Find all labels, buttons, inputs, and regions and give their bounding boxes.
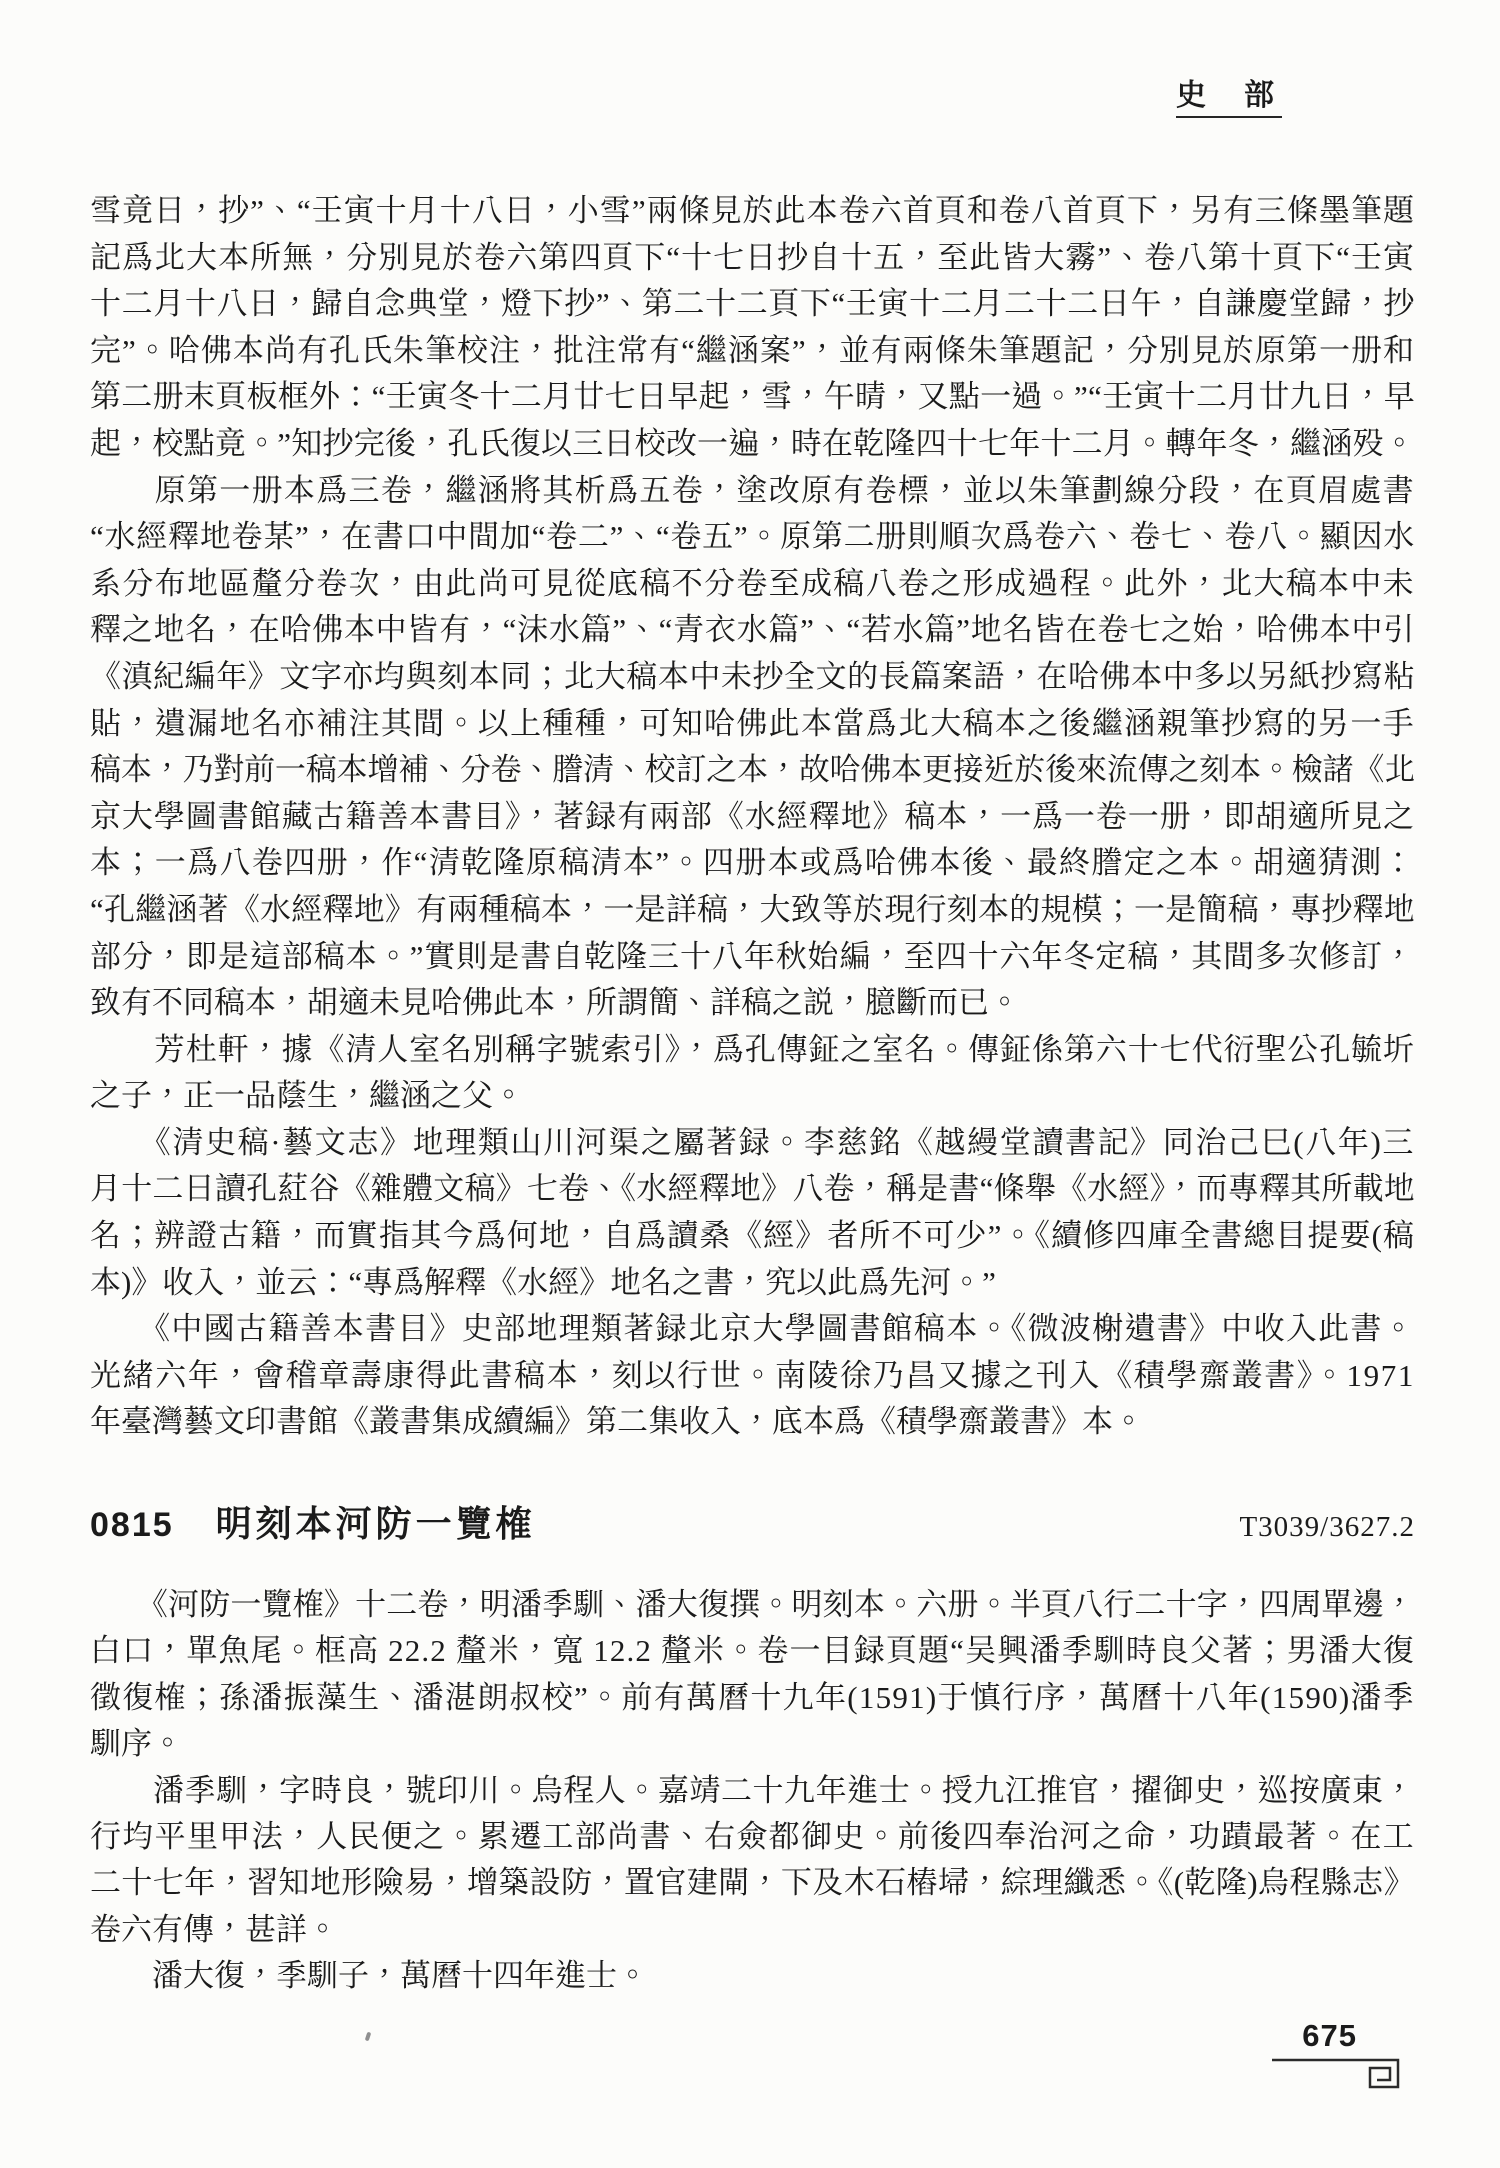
text-line-content: 《河防一覽榷》十二卷，明潘季馴、潘大復撰。明刻本。六册。半頁八行二十字，四周單邊…: [90, 1587, 1415, 1622]
text-line: 芳杜軒，據《清人室名別稱字號索引》，爲孔傳鉦之室名。傳鉦係第六十七代衍聖公孔毓圻: [90, 1027, 1415, 1074]
text-line: 記爲北大本所無，分別見於卷六第四頁下“十七日抄自十五，至此皆大霧”、卷八第十頁下…: [90, 235, 1415, 282]
text-line: 行均平里甲法，人民便之。累遷工部尚書、右僉都御史。前後四奉治河之命，功蹟最著。在…: [90, 1814, 1415, 1860]
text-line: 起，校點竟。”知抄完後，孔氏復以三日校改一遍，時在乾隆四十七年十二月。轉年冬，繼…: [90, 421, 1415, 468]
text-line-content: 本)》收入，並云：“專爲解釋《水經》地名之書，究以此爲先河。”: [90, 1265, 996, 1300]
text-line: 《清史稿·藝文志》地理類山川河渠之屬著録。李慈銘《越縵堂讀書記》同治己巳(八年)…: [90, 1120, 1415, 1167]
text-line: 本)》收入，並云：“專爲解釋《水經》地名之書，究以此爲先河。”: [90, 1260, 1415, 1307]
text-line-content: 白口，單魚尾。框高 22.2 釐米，寬 12.2 釐米。卷一目録頁題“吴興潘季馴…: [90, 1633, 1415, 1668]
text-line-content: 潘大復，季馴子，萬曆十四年進士。: [90, 1958, 648, 1993]
text-line: 系分布地區釐分卷次，由此尚可見從底稿不分卷至成稿八卷之形成過程。此外，北大稿本中…: [90, 561, 1415, 608]
text-line-content: 十二月十八日，歸自念典堂，燈下抄”、第二十二頁下“壬寅十二月二十二日午，自謙慶堂…: [90, 286, 1415, 321]
text-line: 十二月十八日，歸自念典堂，燈下抄”、第二十二頁下“壬寅十二月二十二日午，自謙慶堂…: [90, 281, 1415, 328]
text-line-content: “水經釋地卷某”，在書口中間加“卷二”、“卷五”。原第二册則順次爲卷六、卷七、卷…: [90, 519, 1415, 554]
text-line-content: 部分，即是這部稿本。”實則是書自乾隆三十八年秋始編，至四十六年冬定稿，其間多次修…: [90, 939, 1415, 974]
text-line-content: 第二册末頁板框外：“壬寅冬十二月廿七日早起，雪，午晴，又點一過。”“壬寅十二月廿…: [90, 379, 1415, 414]
scan-speck: [365, 2032, 372, 2042]
text-line: 潘大復，季馴子，萬曆十四年進士。: [90, 1953, 1415, 1999]
section-header-label: 史部: [1176, 80, 1312, 112]
text-line-content: 徵復榷；孫潘振藻生、潘湛朗叔校”。前有萬曆十九年(1591)于慎行序，萬曆十八年…: [90, 1680, 1415, 1715]
text-line: 《滇紀編年》文字亦均與刻本同；北大稿本中未抄全文的長篇案語，在哈佛本中多以另紙抄…: [90, 654, 1415, 701]
text-line: 雪竟日，抄”、“壬寅十月十八日，小雪”兩條見於此本卷六首頁和卷八首頁下，另有三條…: [90, 188, 1415, 235]
text-line: 本；一爲八卷四册，作“清乾隆原稿清本”。四册本或爲哈佛本後、最終謄定之本。胡適猜…: [90, 840, 1415, 887]
entry-description-text: 《河防一覽榷》十二卷，明潘季馴、潘大復撰。明刻本。六册。半頁八行二十字，四周單邊…: [90, 1582, 1415, 2000]
entry-number: 0815: [90, 1506, 174, 1545]
text-line-content: 年臺灣藝文印書館《叢書集成續編》第二集收入，底本爲《積學齋叢書》本。: [90, 1404, 1144, 1439]
text-line: 馴序。: [90, 1721, 1415, 1767]
text-line-content: 之子，正一品蔭生，繼涵之父。: [90, 1078, 524, 1113]
text-line: 年臺灣藝文印書館《叢書集成續編》第二集收入，底本爲《積學齋叢書》本。: [90, 1399, 1415, 1446]
text-line-content: 釋之地名，在哈佛本中皆有，“沫水篇”、“青衣水篇”、“若水篇”地名皆在卷七之始，…: [90, 612, 1415, 647]
text-line: 完”。哈佛本尚有孔氏朱筆校注，批注常有“繼涵案”，並有兩條朱筆題記，分別見於原第…: [90, 328, 1415, 375]
text-line: 二十七年，習知地形險易，增築設防，置官建閘，下及木石樁埽，綜理纖悉。《(乾隆)烏…: [90, 1860, 1415, 1906]
text-line-content: 起，校點竟。”知抄完後，孔氏復以三日校改一遍，時在乾隆四十七年十二月。轉年冬，繼…: [90, 426, 1415, 461]
text-line: 第二册末頁板框外：“壬寅冬十二月廿七日早起，雪，午晴，又點一過。”“壬寅十二月廿…: [90, 374, 1415, 421]
text-line: 《中國古籍善本書目》史部地理類著録北京大學圖書館稿本。《微波榭遺書》中收入此書。: [90, 1306, 1415, 1353]
section-header: 史部: [1176, 80, 1282, 118]
text-line-content: 《滇紀編年》文字亦均與刻本同；北大稿本中未抄全文的長篇案語，在哈佛本中多以另紙抄…: [90, 659, 1415, 694]
text-line: 白口，單魚尾。框高 22.2 釐米，寬 12.2 釐米。卷一目録頁題“吴興潘季馴…: [90, 1628, 1415, 1674]
text-line-content: 光緒六年，會稽章壽康得此書稿本，刻以行世。南陵徐乃昌又據之刊入《積學齋叢書》。1…: [90, 1358, 1415, 1393]
text-line: 釋之地名，在哈佛本中皆有，“沫水篇”、“青衣水篇”、“若水篇”地名皆在卷七之始，…: [90, 607, 1415, 654]
text-line: 致有不同稿本，胡適未見哈佛此本，所謂簡、詳稿之説，臆斷而已。: [90, 980, 1415, 1027]
text-line-content: 二十七年，習知地形險易，增築設防，置官建閘，下及木石樁埽，綜理纖悉。《(乾隆)烏…: [90, 1865, 1415, 1900]
text-line: 稿本，乃對前一稿本增補、分卷、謄清、校訂之本，故哈佛本更接近於後來流傳之刻本。檢…: [90, 747, 1415, 794]
text-line-content: 馴序。: [90, 1726, 183, 1761]
text-line-content: 系分布地區釐分卷次，由此尚可見從底稿不分卷至成稿八卷之形成過程。此外，北大稿本中…: [90, 566, 1415, 601]
text-line: 卷六有傳，甚詳。: [90, 1907, 1415, 1953]
text-line-content: 《清史稿·藝文志》地理類山川河渠之屬著録。李慈銘《越縵堂讀書記》同治己巳(八年)…: [90, 1125, 1415, 1160]
text-line-content: 行均平里甲法，人民便之。累遷工部尚書、右僉都御史。前後四奉治河之命，功蹟最著。在…: [90, 1819, 1415, 1854]
text-line: 貼，遺漏地名亦補注其間。以上種種，可知哈佛此本當爲北大稿本之後繼涵親筆抄寫的另一…: [90, 701, 1415, 748]
text-line: 徵復榷；孫潘振藻生、潘湛朗叔校”。前有萬曆十九年(1591)于慎行序，萬曆十八年…: [90, 1675, 1415, 1721]
text-line-content: “孔繼涵著《水經釋地》有兩種稿本，一是詳稿，大致等於現行刻本的規模；一是簡稿，專…: [90, 892, 1415, 927]
text-line-content: 稿本，乃對前一稿本增補、分卷、謄清、校訂之本，故哈佛本更接近於後來流傳之刻本。檢…: [90, 752, 1415, 787]
text-line: 光緒六年，會稽章壽康得此書稿本，刻以行世。南陵徐乃昌又據之刊入《積學齋叢書》。1…: [90, 1353, 1415, 1400]
text-line-content: 本；一爲八卷四册，作“清乾隆原稿清本”。四册本或爲哈佛本後、最終謄定之本。胡適猜…: [90, 845, 1415, 880]
entry-title: 明刻本河防一覽榷: [216, 1496, 536, 1547]
text-line-content: 原第一册本爲三卷，繼涵將其析爲五卷，塗改原有卷標，並以朱筆劃線分段，在頁眉處書: [90, 473, 1415, 508]
text-line-content: 記爲北大本所無，分別見於卷六第四頁下“十七日抄自十五，至此皆大霧”、卷八第十頁下…: [90, 240, 1415, 275]
text-line: 名；辨證古籍，而實指其今爲何地，自爲讀桑《經》者所不可少”。《續修四庫全書總目提…: [90, 1213, 1415, 1260]
page-number: 675: [1302, 2018, 1357, 2054]
text-line: 部分，即是這部稿本。”實則是書自乾隆三十八年秋始編，至四十六年冬定稿，其間多次修…: [90, 934, 1415, 981]
text-line: “水經釋地卷某”，在書口中間加“卷二”、“卷五”。原第二册則順次爲卷六、卷七、卷…: [90, 514, 1415, 561]
catalog-page: 史部 雪竟日，抄”、“壬寅十月十八日，小雪”兩條見於此本卷六首頁和卷八首頁下，另…: [0, 0, 1500, 2168]
text-line-content: 《中國古籍善本書目》史部地理類著録北京大學圖書館稿本。《微波榭遺書》中收入此書。: [90, 1311, 1415, 1346]
text-line: 京大學圖書館藏古籍善本書目》，著録有兩部《水經釋地》稿本，一爲一卷一册，即胡適所…: [90, 794, 1415, 841]
front-matter-text: 雪竟日，抄”、“壬寅十月十八日，小雪”兩條見於此本卷六首頁和卷八首頁下，另有三條…: [90, 188, 1415, 1446]
text-line-content: 潘季馴，字時良，號印川。烏程人。嘉靖二十九年進士。授九江推官，擢御史，巡按廣東，: [90, 1773, 1415, 1808]
text-line-content: 京大學圖書館藏古籍善本書目》，著録有兩部《水經釋地》稿本，一爲一卷一册，即胡適所…: [90, 799, 1415, 834]
text-line-content: 名；辨證古籍，而實指其今爲何地，自爲讀桑《經》者所不可少”。《續修四庫全書總目提…: [90, 1218, 1415, 1253]
text-line-content: 完”。哈佛本尚有孔氏朱筆校注，批注常有“繼涵案”，並有兩條朱筆題記，分別見於原第…: [90, 333, 1415, 368]
text-line-content: 雪竟日，抄”、“壬寅十月十八日，小雪”兩條見於此本卷六首頁和卷八首頁下，另有三條…: [90, 193, 1415, 228]
text-line: 《河防一覽榷》十二卷，明潘季馴、潘大復撰。明刻本。六册。半頁八行二十字，四周單邊…: [90, 1582, 1415, 1628]
end-rule-spiral-icon: [1271, 2054, 1403, 2092]
text-line: “孔繼涵著《水經釋地》有兩種稿本，一是詳稿，大致等於現行刻本的規模；一是簡稿，專…: [90, 887, 1415, 934]
text-line: 潘季馴，字時良，號印川。烏程人。嘉靖二十九年進士。授九江推官，擢御史，巡按廣東，: [90, 1768, 1415, 1814]
text-line: 原第一册本爲三卷，繼涵將其析爲五卷，塗改原有卷標，並以朱筆劃線分段，在頁眉處書: [90, 468, 1415, 515]
entry-heading: 0815 明刻本河防一覽榷 T3039/3627.2: [90, 1496, 1415, 1547]
text-line: 之子，正一品蔭生，繼涵之父。: [90, 1073, 1415, 1120]
text-line-content: 致有不同稿本，胡適未見哈佛此本，所謂簡、詳稿之説，臆斷而已。: [90, 985, 1020, 1020]
entry-call-number: T3039/3627.2: [1239, 1511, 1415, 1544]
text-line-content: 卷六有傳，甚詳。: [90, 1912, 338, 1947]
text-line-content: 芳杜軒，據《清人室名別稱字號索引》，爲孔傳鉦之室名。傳鉦係第六十七代衍聖公孔毓圻: [90, 1032, 1415, 1067]
text-line: 月十二日讀孔葒谷《雜體文稿》七卷、《水經釋地》八卷，稱是書“條舉《水經》，而專釋…: [90, 1166, 1415, 1213]
text-line-content: 月十二日讀孔葒谷《雜體文稿》七卷、《水經釋地》八卷，稱是書“條舉《水經》，而專釋…: [90, 1171, 1415, 1206]
text-line-content: 貼，遺漏地名亦補注其間。以上種種，可知哈佛此本當爲北大稿本之後繼涵親筆抄寫的另一…: [90, 706, 1415, 741]
